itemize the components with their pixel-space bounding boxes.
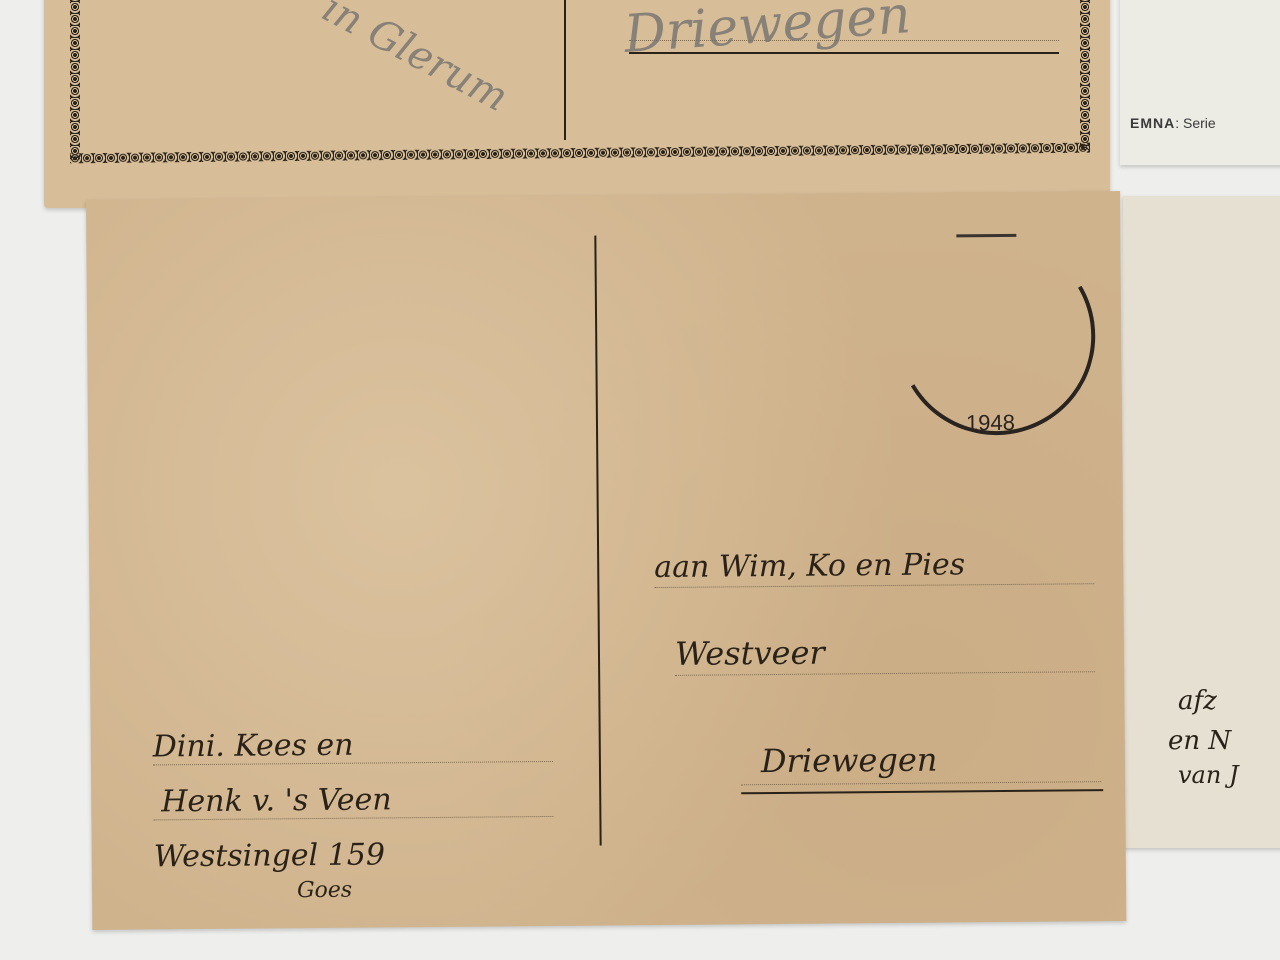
handwriting-line-2: en N [1168, 726, 1231, 756]
postmark-top-bar [956, 234, 1016, 238]
sender-street: Westsingel 159 [154, 837, 386, 874]
recipient-underline [741, 789, 1103, 794]
sender-name: Dini. Kees en [153, 728, 354, 765]
main-postcard: 1948 aan Wim, Ko en Pies Westveer Driewe… [86, 191, 1126, 930]
top-postcard: Driewegen in Glerum [44, 0, 1110, 208]
ornamental-border-right [1080, 0, 1090, 150]
pencil-diagonal-text: in Glerum [315, 0, 515, 121]
card-divider-line [594, 236, 601, 846]
pencil-address-text: Driewegen [622, 0, 912, 65]
ornamental-border-bottom [70, 143, 1090, 164]
recipient-town: Driewegen [761, 741, 938, 781]
series-label: : Serie [1175, 115, 1215, 131]
publisher-label: EMNA: Serie [1130, 115, 1216, 131]
sender-name-2: Henk v. 's Veen [161, 782, 392, 819]
recipient-name: aan Wim, Ko en Pies [654, 547, 965, 585]
brand-name: EMNA [1130, 115, 1175, 131]
top-right-postcard: EMNA: Serie [1120, 0, 1280, 165]
postmark-year: 1948 [966, 410, 1015, 436]
recipient-dotted-line-3 [741, 781, 1101, 785]
card-divider-line [564, 0, 566, 140]
handwriting-line-3: van J [1178, 761, 1239, 789]
right-postcard: afz en N van J [1123, 196, 1280, 848]
handwriting-line-1: afz [1178, 686, 1217, 716]
recipient-street: Westveer [675, 634, 825, 673]
sender-town: Goes [297, 878, 352, 903]
ornamental-border-left [70, 0, 80, 160]
